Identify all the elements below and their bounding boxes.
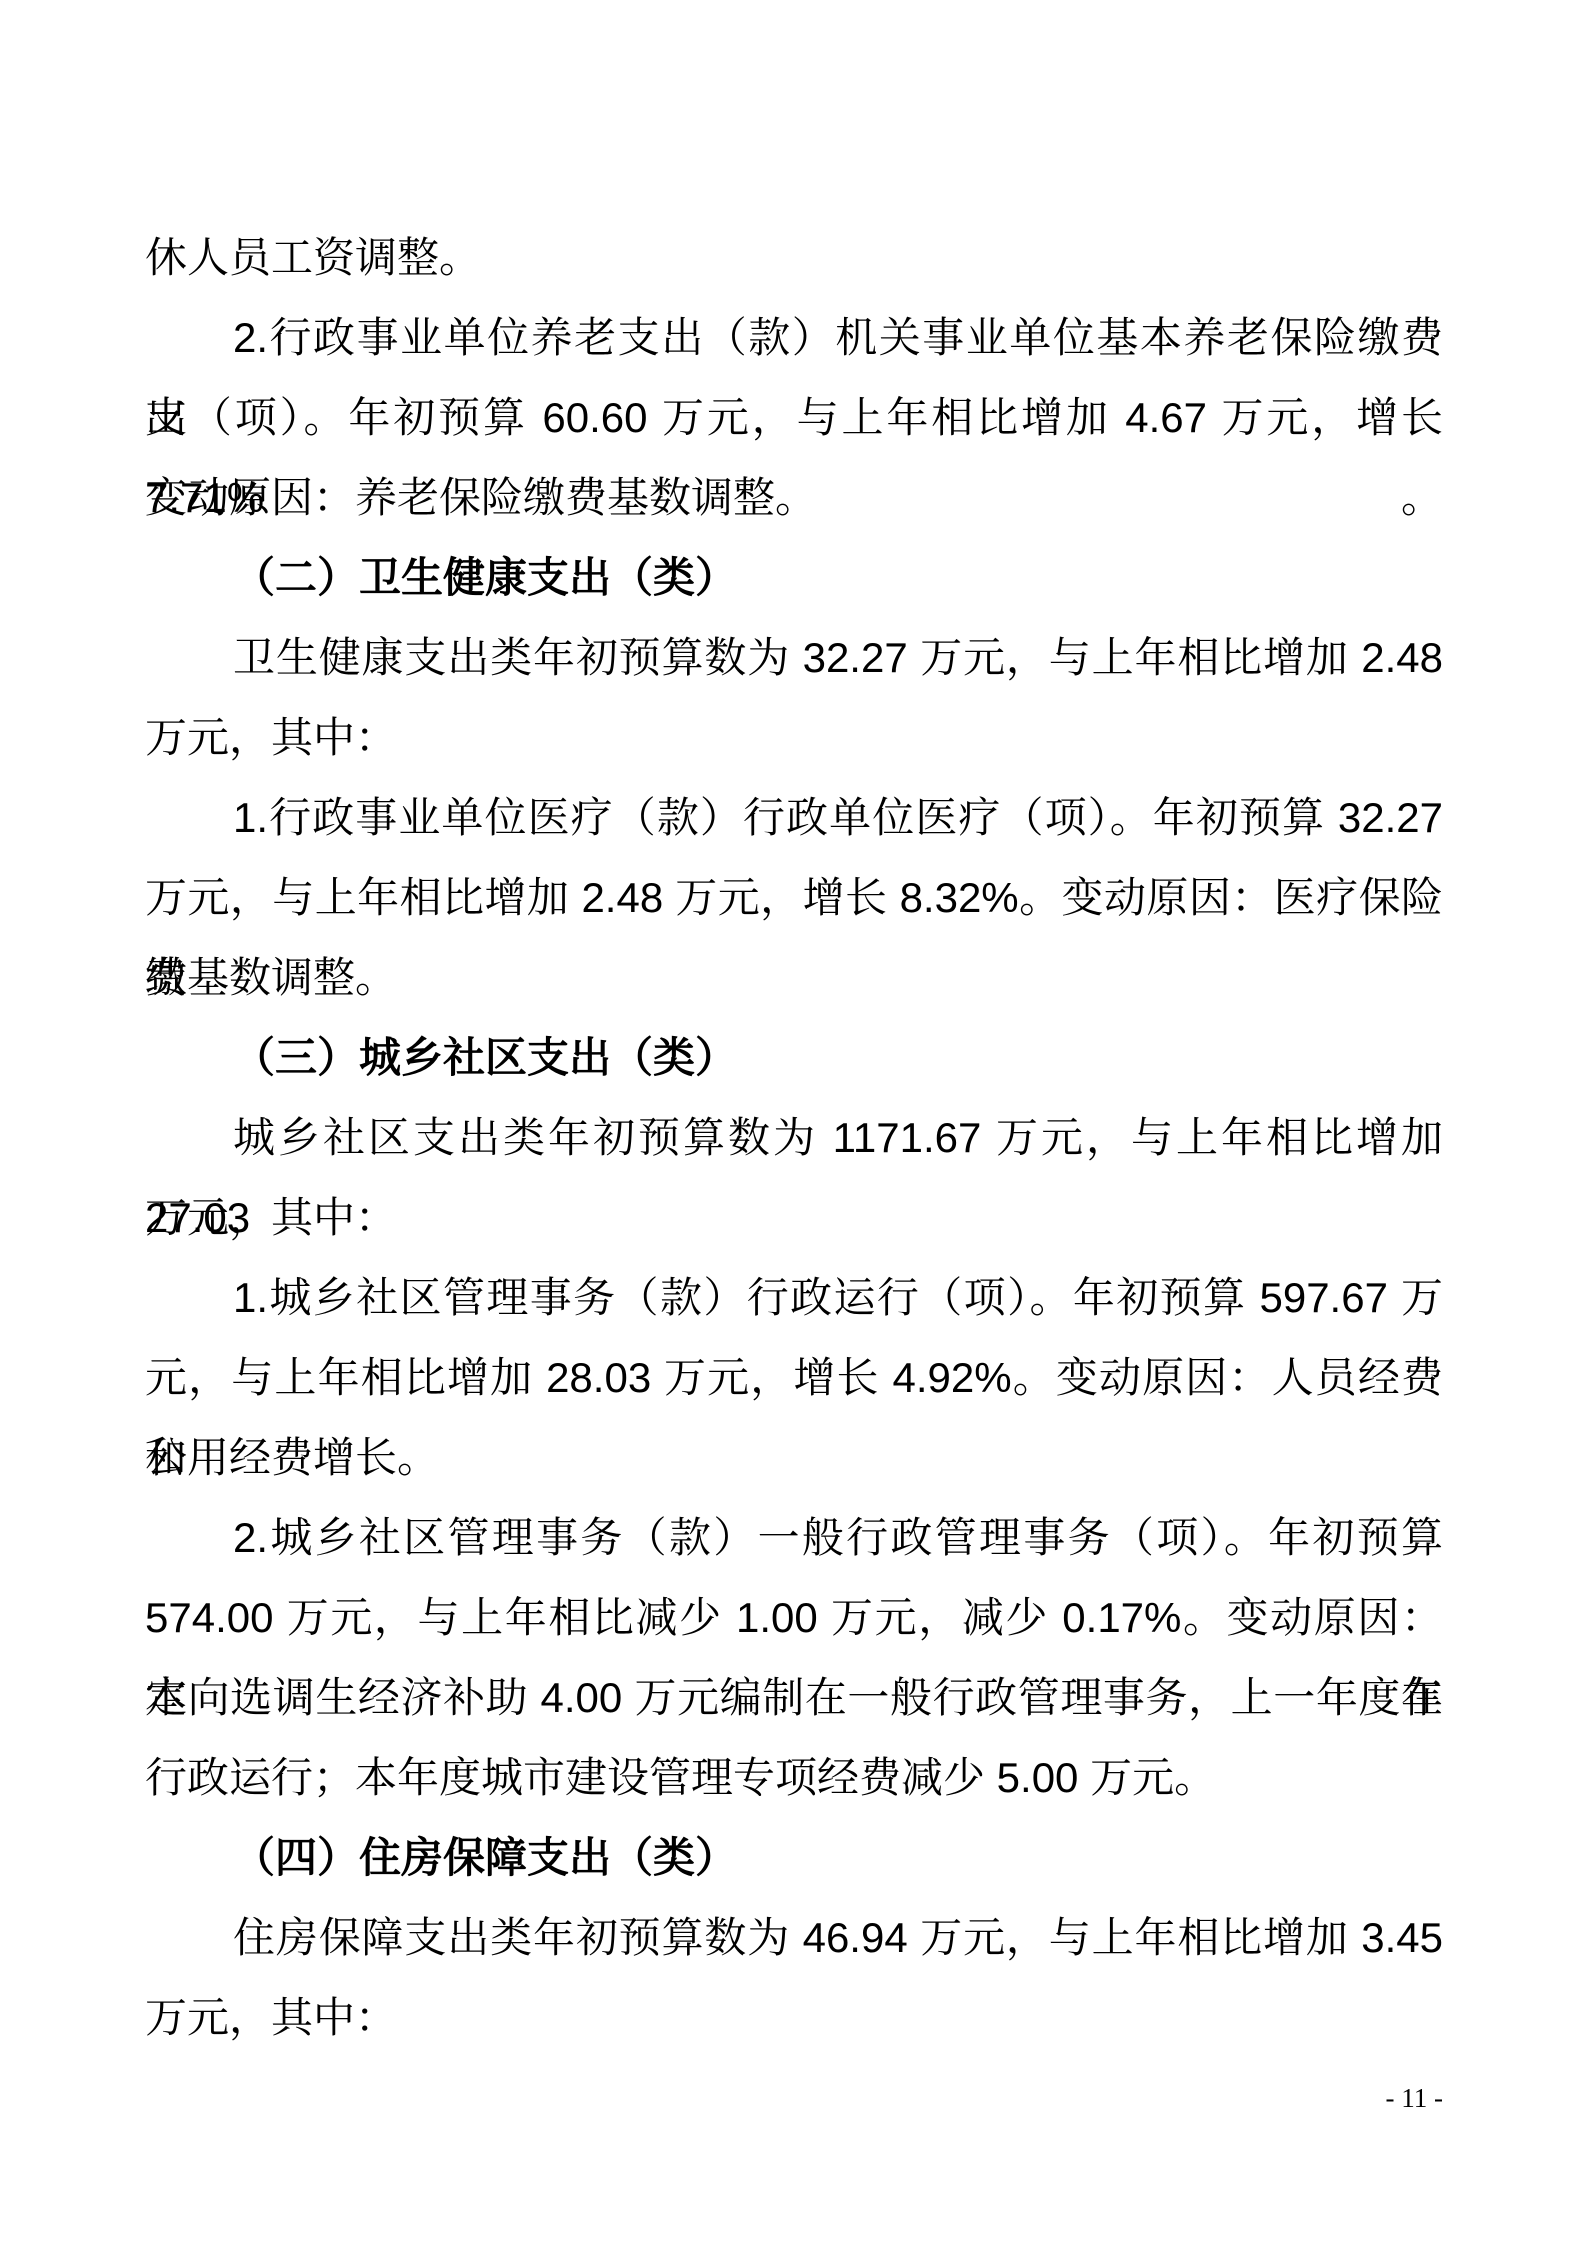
text-line: 574.00 万元，与上年相比减少 1.00 万元，减少 0.17%。变动原因：… — [145, 1578, 1443, 1658]
page-number: - 11 - — [1386, 2083, 1443, 2113]
text-line: 出（项）。年初预算 60.60 万元，与上年相比增加 4.67 万元，增长 7.… — [145, 378, 1443, 458]
text-line: 定向选调生经济补助 4.00 万元编制在一般行政管理事务，上一年度在 — [145, 1658, 1443, 1738]
text-line: 万元，其中： — [145, 698, 1443, 778]
text-line: 费基数调整。 — [145, 938, 1443, 1018]
document-body: 休人员工资调整。 2.行政事业单位养老支出（款）机关事业单位基本养老保险缴费支 … — [145, 218, 1443, 2058]
section-heading: （三）城乡社区支出（类） — [145, 1018, 1443, 1098]
text-line: 万元，其中： — [145, 1178, 1443, 1258]
text-line: 卫生健康支出类年初预算数为 32.27 万元，与上年相比增加 2.48 — [145, 618, 1443, 698]
text-line: 2.城乡社区管理事务（款）一般行政管理事务（项）。年初预算 — [145, 1498, 1443, 1578]
text-line: 住房保障支出类年初预算数为 46.94 万元，与上年相比增加 3.45 — [145, 1898, 1443, 1978]
text-line: 休人员工资调整。 — [145, 218, 1443, 298]
text-line: 公用经费增长。 — [145, 1418, 1443, 1498]
text-line: 1.行政事业单位医疗（款）行政单位医疗（项）。年初预算 32.27 — [145, 778, 1443, 858]
text-line: 万元，其中： — [145, 1978, 1443, 2058]
section-heading: （四）住房保障支出（类） — [145, 1818, 1443, 1898]
text-line: 城乡社区支出类年初预算数为 1171.67 万元，与上年相比增加 27.03 — [145, 1098, 1443, 1178]
text-line: 万元，与上年相比增加 2.48 万元，增长 8.32%。变动原因：医疗保险缴 — [145, 858, 1443, 938]
document-page: 休人员工资调整。 2.行政事业单位养老支出（款）机关事业单位基本养老保险缴费支 … — [0, 0, 1588, 2245]
text-line: 元，与上年相比增加 28.03 万元，增长 4.92%。变动原因：人员经费和 — [145, 1338, 1443, 1418]
section-heading: （二）卫生健康支出（类） — [145, 538, 1443, 618]
text-line: 1.城乡社区管理事务（款）行政运行（项）。年初预算 597.67 万 — [145, 1258, 1443, 1338]
text-line: 2.行政事业单位养老支出（款）机关事业单位基本养老保险缴费支 — [145, 298, 1443, 378]
text-line: 行政运行；本年度城市建设管理专项经费减少 5.00 万元。 — [145, 1738, 1443, 1818]
